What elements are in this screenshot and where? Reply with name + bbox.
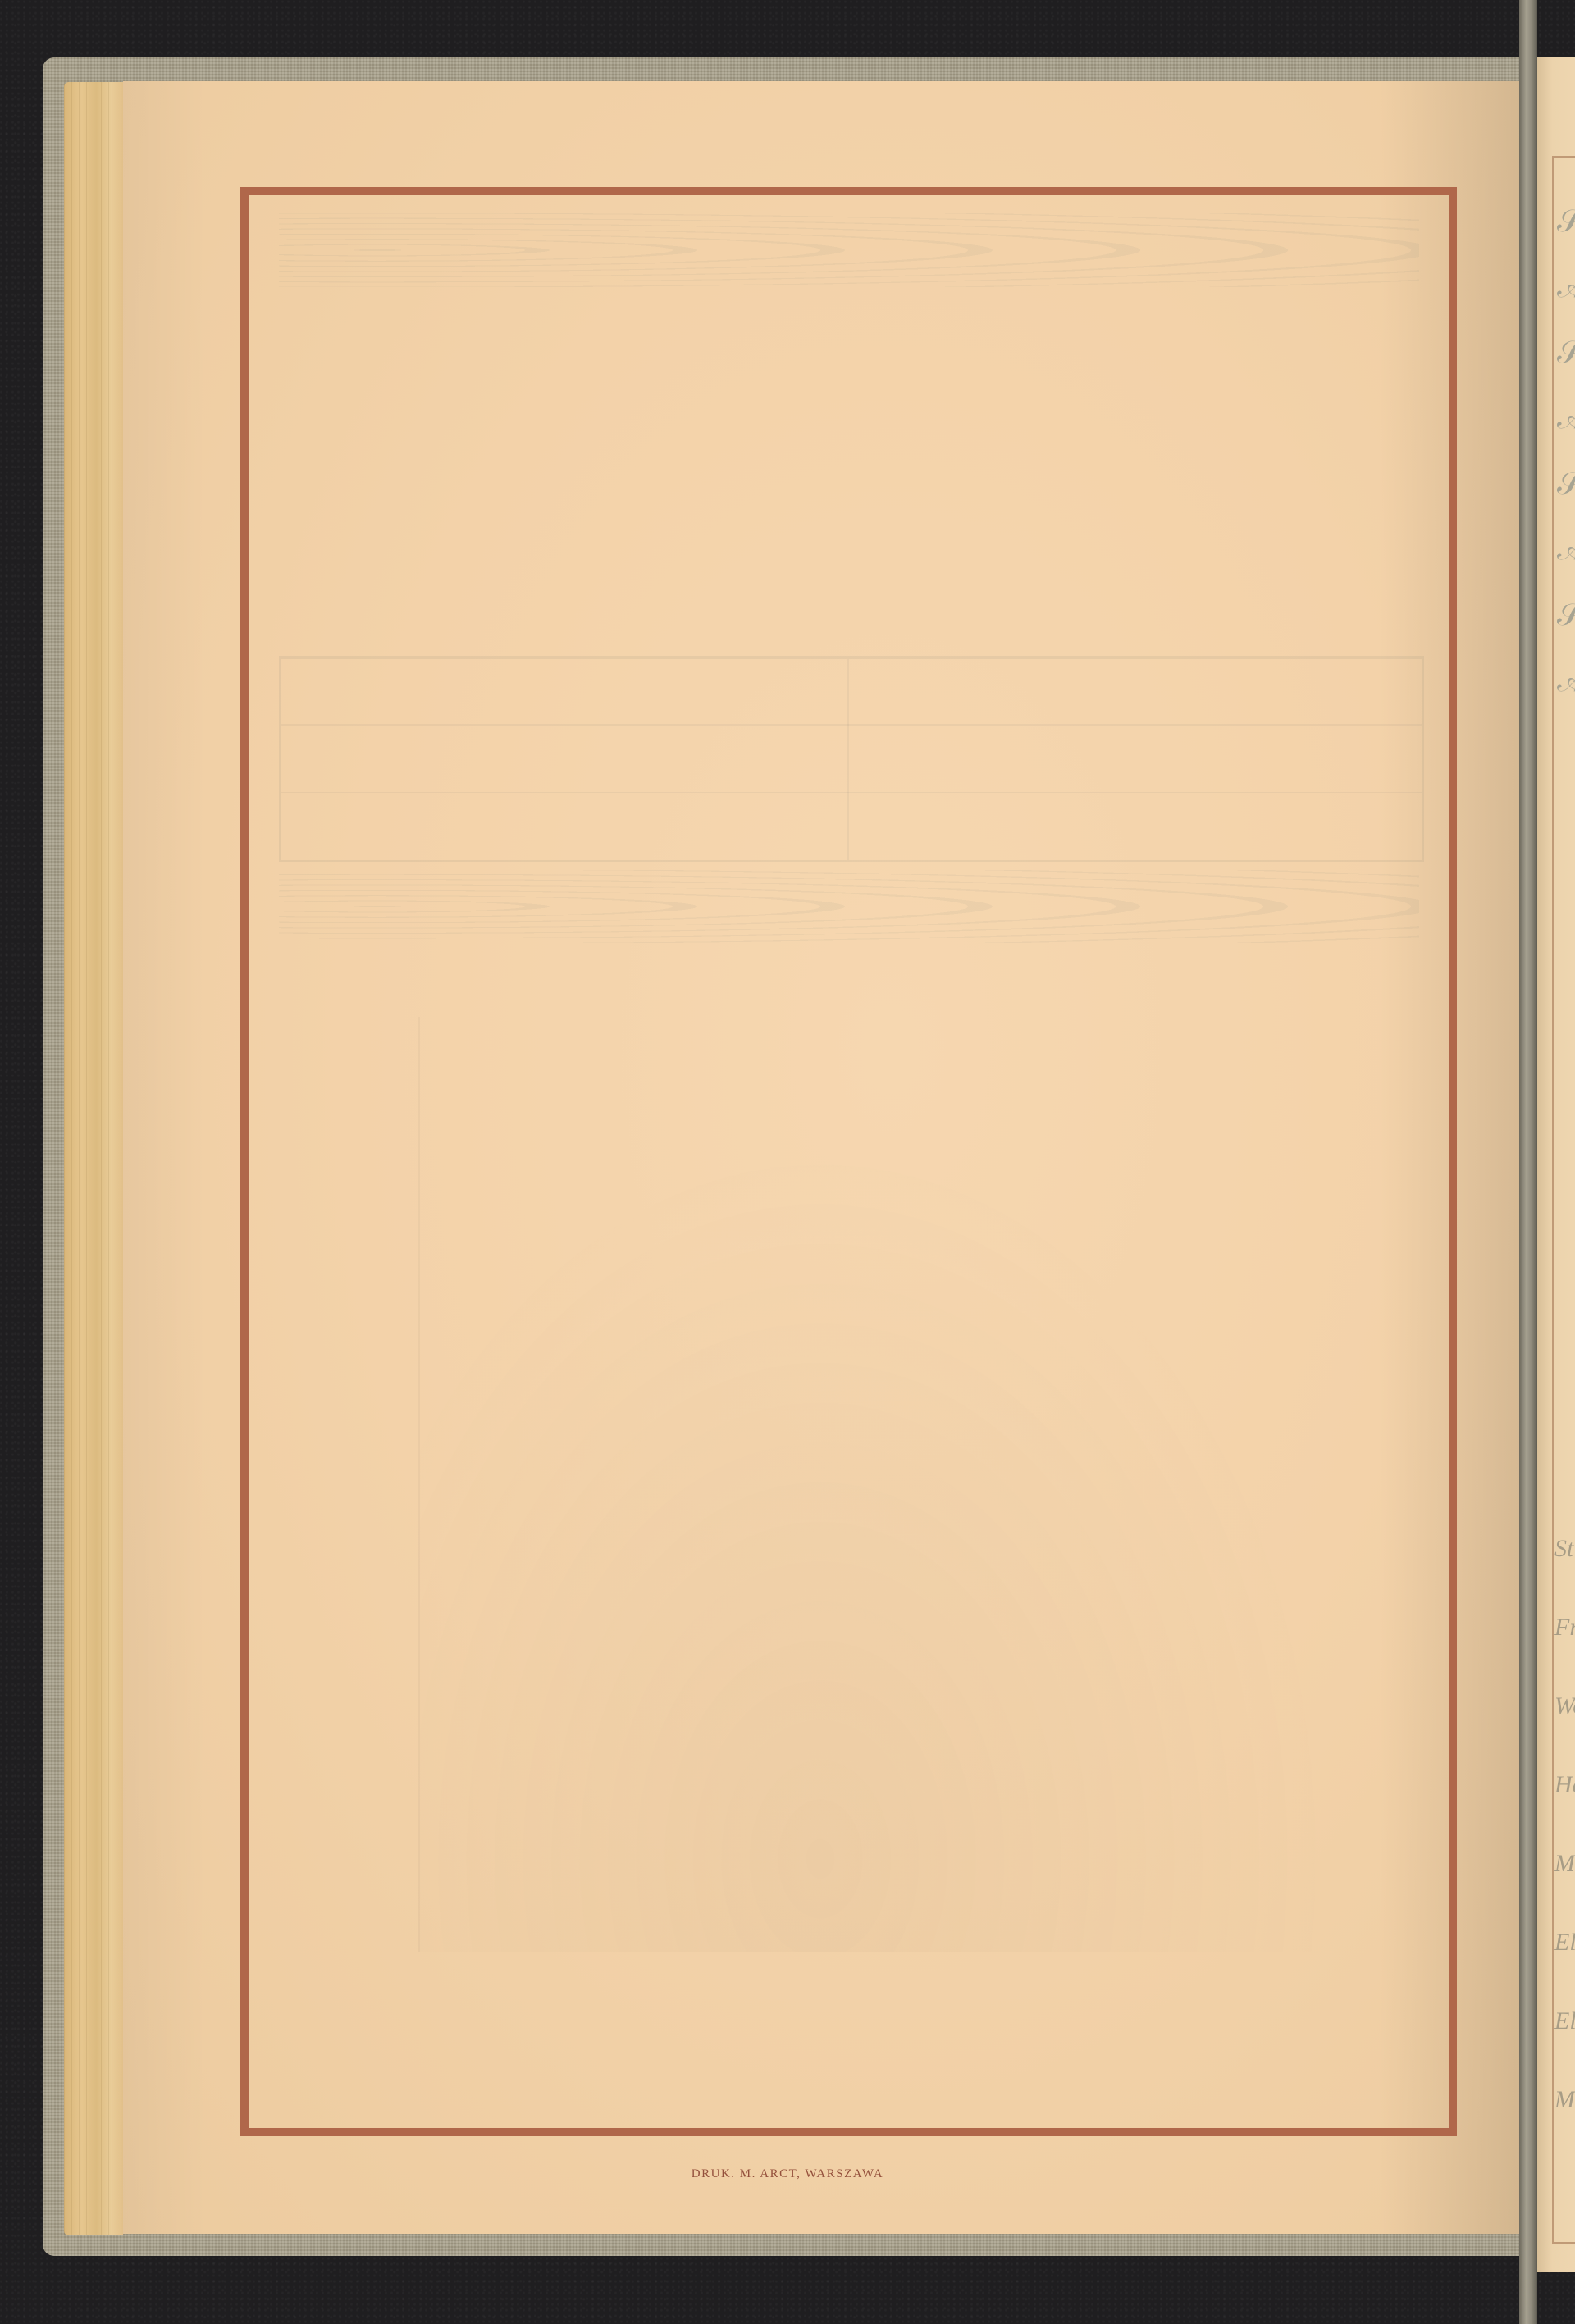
ornament-glyph: 𝒜: [1557, 254, 1575, 320]
handwriting-fragment: Elv: [1554, 1903, 1575, 1982]
ornament-glyph: 𝒮: [1557, 320, 1575, 386]
handwriting-fragment: Elva: [1554, 1982, 1575, 2061]
handwriting-fragment: Wo: [1554, 1667, 1575, 1746]
ornament-glyph: 𝒜: [1557, 517, 1575, 582]
ornament-glyph: 𝒮: [1557, 451, 1575, 517]
facing-page-ornaments: 𝒮 𝒜 𝒮 𝒜 𝒮 𝒜 𝒮 𝒜: [1557, 189, 1575, 714]
handwriting-fragment: Ma: [1554, 2061, 1575, 2139]
ornament-glyph: 𝒜: [1557, 386, 1575, 451]
page-border-frame: [240, 187, 1457, 2136]
facing-page-handwriting: St Fra Wo Herm Ma Elv Elva Ma: [1554, 1509, 1575, 2139]
handwriting-fragment: Ma: [1554, 1824, 1575, 1903]
ornament-glyph: 𝒮: [1557, 582, 1575, 648]
page-fore-edge: [64, 82, 123, 2235]
ornament-glyph: 𝒜: [1557, 648, 1575, 714]
handwriting-fragment: Herm: [1554, 1746, 1575, 1824]
handwriting-fragment: Fra: [1554, 1588, 1575, 1667]
handwriting-fragment: St: [1554, 1509, 1575, 1588]
ornament-glyph: 𝒮: [1557, 189, 1575, 254]
book-gutter: [1519, 0, 1537, 2324]
printer-imprint: DRUK. M. ARCT, WARSZAWA: [0, 2167, 1575, 2181]
